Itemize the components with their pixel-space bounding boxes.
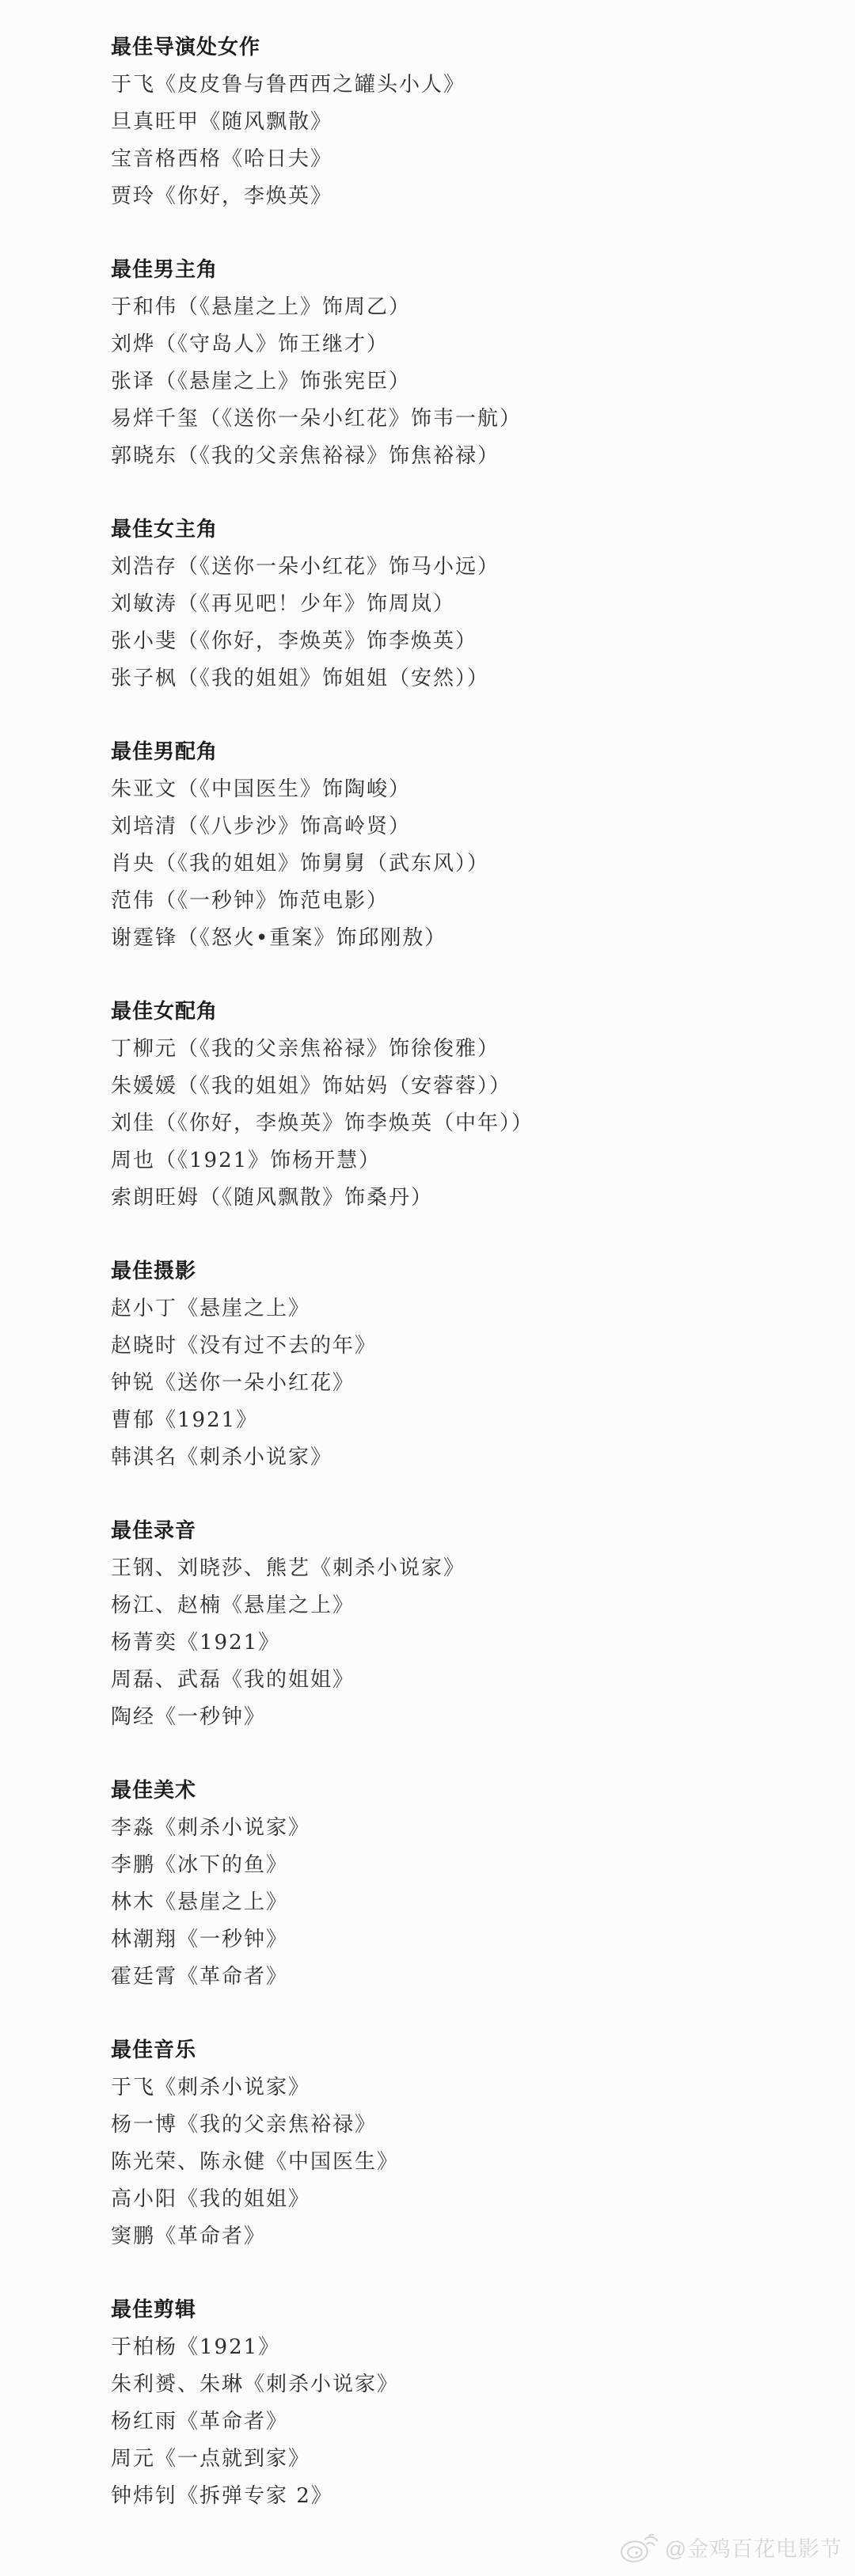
nomination-item: 林木《悬崖之上》 (111, 1882, 823, 1919)
nomination-item: 李淼《刺杀小说家》 (111, 1807, 823, 1845)
nomination-item: 张译（《悬崖之上》饰张宪臣） (111, 361, 823, 398)
nomination-item: 刘浩存（《送你一朵小红花》饰马小远） (111, 546, 823, 583)
nomination-item: 钟锐《送你一朵小红花》 (111, 1362, 823, 1400)
section-items: 于飞《皮皮鲁与鲁西西之罐头小人》旦真旺甲《随风飘散》宝音格西格《哈日夫》贾玲《你… (111, 64, 823, 213)
nomination-item: 陶经《一秒钟》 (111, 1696, 823, 1734)
section-title: 最佳男主角 (111, 249, 823, 287)
nomination-item: 于柏杨《1921》 (111, 2327, 823, 2364)
nomination-item: 林潮翔《一秒钟》 (111, 1919, 823, 1956)
nomination-item: 朱亚文（《中国医生》饰陶峻） (111, 769, 823, 806)
watermark: @金鸡百花电影节 (619, 2529, 842, 2565)
section-title: 最佳导演处女作 (111, 27, 823, 64)
nomination-item: 张子枫（《我的姐姐》饰姐姐（安然）） (111, 658, 823, 695)
section-items: 刘浩存（《送你一朵小红花》饰马小远）刘敏涛（《再见吧！少年》饰周岚）张小斐（《你… (111, 546, 823, 695)
section-items: 朱亚文（《中国医生》饰陶峻）刘培清（《八步沙》饰高岭贤）肖央（《我的姐姐》饰舅舅… (111, 769, 823, 955)
nomination-item: 易烊千玺（《送你一朵小红花》饰韦一航） (111, 398, 823, 435)
section-title: 最佳摄影 (111, 1251, 823, 1288)
award-section: 最佳女配角 丁柳元（《我的父亲焦裕禄》饰徐俊雅）朱媛媛（《我的姐姐》饰姑妈（安蓉… (111, 991, 823, 1214)
section-items: 于飞《刺杀小说家》杨一博《我的父亲焦裕禄》陈光荣、陈永健《中国医生》高小阳《我的… (111, 2067, 823, 2253)
nomination-item: 李鹏《冰下的鱼》 (111, 1845, 823, 1882)
section-items: 丁柳元（《我的父亲焦裕禄》饰徐俊雅）朱媛媛（《我的姐姐》饰姑妈（安蓉蓉））刘佳（… (111, 1028, 823, 1214)
nomination-item: 刘敏涛（《再见吧！少年》饰周岚） (111, 583, 823, 621)
nomination-item: 朱媛媛（《我的姐姐》饰姑妈（安蓉蓉）） (111, 1066, 823, 1103)
nomination-item: 钟炜钊《拆弹专家 2》 (111, 2475, 823, 2513)
nomination-item: 陈光荣、陈永健《中国医生》 (111, 2141, 823, 2179)
section-items: 于柏杨《1921》朱利赟、朱琳《刺杀小说家》杨红雨《革命者》周元《一点就到家》钟… (111, 2327, 823, 2513)
award-section: 最佳男主角 于和伟（《悬崖之上》饰周乙）刘烨（《守岛人》饰王继才）张译（《悬崖之… (111, 249, 823, 473)
weibo-logo-icon (619, 2529, 660, 2565)
award-section: 最佳摄影 赵小丁《悬崖之上》赵晓时《没有过不去的年》钟锐《送你一朵小红花》曹郁《… (111, 1251, 823, 1474)
nomination-item: 王钢、刘晓莎、熊艺《刺杀小说家》 (111, 1548, 823, 1585)
section-items: 于和伟（《悬崖之上》饰周乙）刘烨（《守岛人》饰王继才）张译（《悬崖之上》饰张宪臣… (111, 287, 823, 473)
award-section: 最佳音乐 于飞《刺杀小说家》杨一博《我的父亲焦裕禄》陈光荣、陈永健《中国医生》高… (111, 2030, 823, 2253)
section-title: 最佳女主角 (111, 509, 823, 546)
nomination-item: 韩淇名《刺杀小说家》 (111, 1437, 823, 1474)
nomination-item: 周磊、武磊《我的姐姐》 (111, 1659, 823, 1696)
nomination-item: 杨一博《我的父亲焦裕禄》 (111, 2104, 823, 2141)
nomination-item: 丁柳元（《我的父亲焦裕禄》饰徐俊雅） (111, 1028, 823, 1066)
section-title: 最佳音乐 (111, 2030, 823, 2067)
nomination-item: 贾玲《你好，李焕英》 (111, 176, 823, 213)
section-title: 最佳剪辑 (111, 2289, 823, 2327)
nomination-item: 宝音格西格《哈日夫》 (111, 139, 823, 176)
award-section: 最佳录音 王钢、刘晓莎、熊艺《刺杀小说家》杨江、赵楠《悬崖之上》杨菁奕《1921… (111, 1510, 823, 1734)
watermark-handle: @金鸡百花电影节 (665, 2532, 842, 2563)
nomination-item: 周也（《1921》饰杨开慧） (111, 1140, 823, 1177)
nomination-item: 赵小丁《悬崖之上》 (111, 1288, 823, 1325)
nomination-item: 霍廷霄《革命者》 (111, 1956, 823, 1993)
nomination-item: 范伟（《一秒钟》饰范电影） (111, 880, 823, 918)
section-items: 赵小丁《悬崖之上》赵晓时《没有过不去的年》钟锐《送你一朵小红花》曹郁《1921》… (111, 1288, 823, 1474)
nomination-item: 杨江、赵楠《悬崖之上》 (111, 1585, 823, 1622)
nomination-item: 窦鹏《革命者》 (111, 2216, 823, 2253)
nomination-item: 于和伟（《悬崖之上》饰周乙） (111, 287, 823, 324)
nomination-item: 周元《一点就到家》 (111, 2438, 823, 2475)
nomination-item: 刘佳（《你好，李焕英》饰李焕英（中年）） (111, 1103, 823, 1140)
nomination-item: 于飞《刺杀小说家》 (111, 2067, 823, 2104)
section-title: 最佳录音 (111, 1510, 823, 1548)
nomination-item: 杨红雨《革命者》 (111, 2401, 823, 2438)
nomination-item: 刘培清（《八步沙》饰高岭贤） (111, 806, 823, 843)
award-section: 最佳美术 李淼《刺杀小说家》李鹏《冰下的鱼》林木《悬崖之上》林潮翔《一秒钟》霍廷… (111, 1770, 823, 1993)
award-section: 最佳女主角 刘浩存（《送你一朵小红花》饰马小远）刘敏涛（《再见吧！少年》饰周岚）… (111, 509, 823, 695)
nomination-item: 高小阳《我的姐姐》 (111, 2179, 823, 2216)
nomination-item: 杨菁奕《1921》 (111, 1622, 823, 1659)
nominations-list: 最佳导演处女作 于飞《皮皮鲁与鲁西西之罐头小人》旦真旺甲《随风飘散》宝音格西格《… (0, 0, 855, 2513)
section-title: 最佳男配角 (111, 731, 823, 769)
nomination-item: 于飞《皮皮鲁与鲁西西之罐头小人》 (111, 64, 823, 101)
section-title: 最佳女配角 (111, 991, 823, 1028)
nomination-item: 朱利赟、朱琳《刺杀小说家》 (111, 2364, 823, 2401)
section-items: 王钢、刘晓莎、熊艺《刺杀小说家》杨江、赵楠《悬崖之上》杨菁奕《1921》周磊、武… (111, 1548, 823, 1734)
nominations-page: 最佳导演处女作 于飞《皮皮鲁与鲁西西之罐头小人》旦真旺甲《随风飘散》宝音格西格《… (0, 0, 855, 2576)
nomination-item: 赵晓时《没有过不去的年》 (111, 1325, 823, 1362)
nomination-item: 张小斐（《你好，李焕英》饰李焕英） (111, 621, 823, 658)
nomination-item: 谢霆锋（《怒火•重案》饰邱刚敖） (111, 918, 823, 955)
section-title: 最佳美术 (111, 1770, 823, 1807)
award-section: 最佳导演处女作 于飞《皮皮鲁与鲁西西之罐头小人》旦真旺甲《随风飘散》宝音格西格《… (111, 27, 823, 213)
nomination-item: 旦真旺甲《随风飘散》 (111, 101, 823, 139)
nomination-item: 郭晓东（《我的父亲焦裕禄》饰焦裕禄） (111, 435, 823, 473)
nomination-item: 索朗旺姆（《随风飘散》饰桑丹） (111, 1177, 823, 1214)
nomination-item: 刘烨（《守岛人》饰王继才） (111, 324, 823, 361)
nomination-item: 肖央（《我的姐姐》饰舅舅（武东风）） (111, 843, 823, 880)
section-items: 李淼《刺杀小说家》李鹏《冰下的鱼》林木《悬崖之上》林潮翔《一秒钟》霍廷霄《革命者… (111, 1807, 823, 1993)
award-section: 最佳男配角 朱亚文（《中国医生》饰陶峻）刘培清（《八步沙》饰高岭贤）肖央（《我的… (111, 731, 823, 955)
nomination-item: 曹郁《1921》 (111, 1400, 823, 1437)
award-section: 最佳剪辑 于柏杨《1921》朱利赟、朱琳《刺杀小说家》杨红雨《革命者》周元《一点… (111, 2289, 823, 2513)
